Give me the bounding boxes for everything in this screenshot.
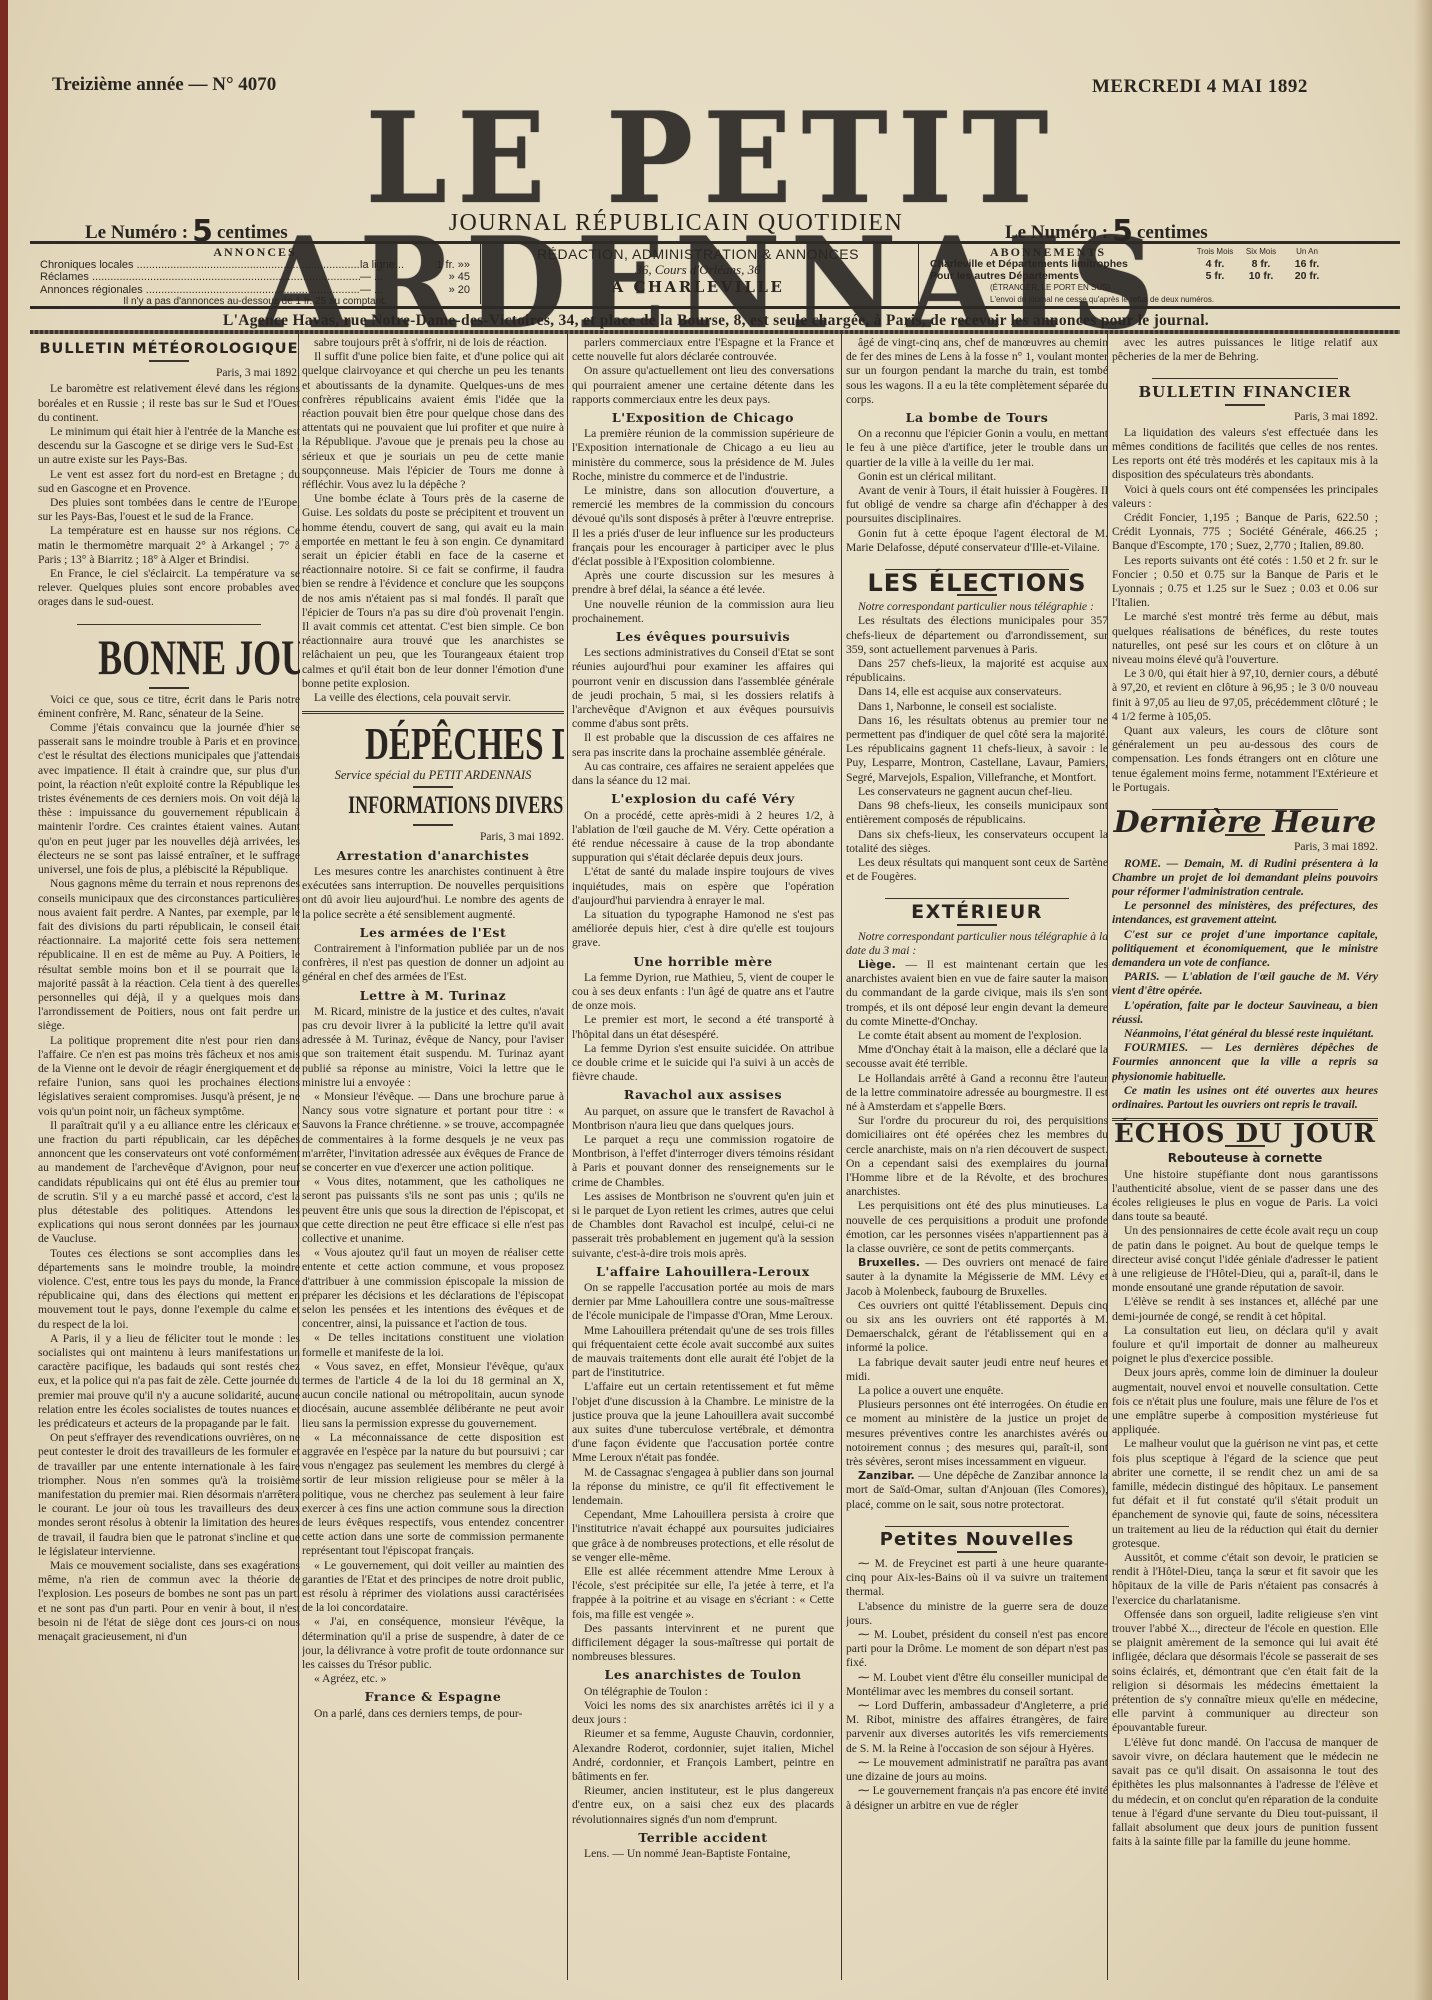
- exterieur-item: La fabrique devait sauter jeudi entre ne…: [846, 1356, 1108, 1384]
- paragraph: Dans 1, Narbonne, le conseil est sociali…: [846, 700, 1108, 714]
- paragraph: Les conservateurs ne gagnent aucun chef-…: [846, 785, 1108, 799]
- paragraph: Dans 14, elle est acquise aux conservate…: [846, 685, 1108, 699]
- exterieur-item: Le comte était absent au moment de l'exp…: [846, 1029, 1108, 1043]
- paragraph: Au cas contraire, ces affaires ne seraie…: [572, 760, 834, 788]
- elections-text: Les résultats des élections municipales …: [846, 614, 1108, 884]
- exterieur-header: EXTÉRIEUR: [846, 890, 1108, 925]
- paragraph: L'élève fut donc mandé. On l'accusa de m…: [1112, 1736, 1378, 1850]
- behring-continued: avec les autres puissances le litige rel…: [1112, 336, 1378, 364]
- col3-articles: L'Exposition de ChicagoLa première réuni…: [572, 411, 834, 1861]
- informations-date: Paris, 3 mai 1892.: [302, 830, 564, 844]
- paragraph: Rieumer, ancien instituteur, est le plus…: [572, 1784, 834, 1827]
- paragraph: ⁓ M. Loubet vient d'être élu conseiller …: [846, 1671, 1108, 1699]
- paragraph: Dans 98 chefs-lieux, les conseils munici…: [846, 799, 1108, 827]
- abonnements-box: ABONNEMENTS Trois MoisSix MoisUn An Char…: [930, 246, 1370, 306]
- paragraph: Mais ce mouvement socialiste, dans ses e…: [38, 1559, 300, 1644]
- abonnement-row: Charleville et Départements limitrophes4…: [930, 258, 1370, 270]
- meteo-header: BULLETIN MÉTÉOROLOGIQUE: [38, 342, 300, 362]
- header-divider: [918, 242, 919, 304]
- meteo-date: Paris, 3 mai 1892.: [38, 366, 300, 380]
- paragraph: Le premier est mort, le second a été tra…: [572, 1013, 834, 1041]
- paragraph: Rieumer et sa femme, Auguste Chauvin, co…: [572, 1727, 834, 1784]
- paragraph: L'affaire eut un certain retentissement …: [572, 1380, 834, 1465]
- paragraph: Dans six chefs-lieux, les conservateurs …: [846, 828, 1108, 856]
- article-heading: L'Exposition de Chicago: [572, 411, 834, 425]
- paragraph: La veille des élections, cela pouvait se…: [302, 691, 564, 705]
- abonnement-column-header: Six Mois: [1238, 246, 1284, 258]
- paragraph: Un des pensionnaires de cette école avai…: [1112, 1224, 1378, 1295]
- paragraph: Voici à quels cours ont été compensées l…: [1112, 483, 1378, 511]
- redaction-box: RÉDACTION, ADMINISTRATION & ANNONCES 36,…: [488, 246, 908, 296]
- financier-header: BULLETIN FINANCIER: [1112, 370, 1378, 405]
- paragraph: La première réunion de la commission sup…: [572, 427, 834, 484]
- header-bottom-rule: [30, 306, 1400, 309]
- paragraph: ⁓ Lord Dufferin, ambassadeur d'Angleterr…: [846, 1699, 1108, 1756]
- annonce-rate-row: Chroniques localesla ligne...1 fr. »»: [40, 259, 470, 272]
- exterieur-item: Les perquisitions ont été des plus minut…: [846, 1199, 1108, 1256]
- exterieur-item: Plusieurs personnes ont été interrogées.…: [846, 1398, 1108, 1469]
- paragraph: Quant aux valeurs, les cours de clôture …: [1112, 724, 1378, 795]
- paragraph: L'absence du ministre de la guerre sera …: [846, 1600, 1108, 1628]
- paragraph: Avant de venir à Tours, il était huissie…: [846, 484, 1108, 527]
- col2-articles: Arrestation d'anarchistesLes mesures con…: [302, 849, 564, 1721]
- paragraph: Il est probable que la discussion de ces…: [572, 731, 834, 759]
- paragraph: « Vous savez, en effet, Monsieur l'évêqu…: [302, 1360, 564, 1431]
- paragraph: Au parquet, on assure que le transfert d…: [572, 1105, 834, 1133]
- paragraph: On a parlé, dans ces derniers temps, de …: [302, 1707, 564, 1721]
- columns-top-band: [30, 330, 1400, 334]
- financier-text: La liquidation des valeurs s'est effectu…: [1112, 426, 1378, 795]
- paragraph: Des pluies sont tombées dans le centre d…: [38, 496, 300, 524]
- paragraph: « Vous ajoutez qu'il faut un moyen de ré…: [302, 1246, 564, 1331]
- paragraph: Une histoire stupéfiante dont nous garan…: [1112, 1168, 1378, 1225]
- depeches-header: DÉPÊCHES DE NUIT Service spécial du PETI…: [302, 720, 564, 826]
- paragraph: PARIS. — L'ablation de l'œil gauche de M…: [1112, 970, 1378, 998]
- paragraph: Le ministre, dans son allocution d'ouver…: [572, 484, 834, 569]
- paragraph: Gonin est un clérical militant.: [846, 470, 1108, 484]
- newspaper-page: Treizième année — N° 4070 MERCREDI 4 MAI…: [0, 0, 1432, 2000]
- paragraph: On peut s'effrayer des revendications ou…: [38, 1431, 300, 1559]
- paragraph: ⁓ Le mouvement administratif ne paraîtra…: [846, 1756, 1108, 1784]
- exterieur-item: Sur l'ordre du procureur du roi, des per…: [846, 1114, 1108, 1199]
- elections-title: LES ÉLECTIONS: [846, 576, 1108, 590]
- paragraph: « De telles incitations constituent une …: [302, 1331, 564, 1359]
- paragraph: ⁓ Le gouvernement français n'a pas encor…: [846, 1784, 1108, 1812]
- paragraph: sabre toujours prêt à s'offrir, ni de lo…: [302, 336, 564, 350]
- paragraph: En France, le ciel s'éclaircit. La tempé…: [38, 567, 300, 610]
- paragraph: M. Ricard, ministre de la justice et des…: [302, 1005, 564, 1090]
- paragraph: Crédit Foncier, 1,195 ; Banque de Paris,…: [1112, 511, 1378, 554]
- meteo-text: Le baromètre est relativement élevé dans…: [38, 382, 300, 609]
- echos-title: ÉCHOS DU JOUR: [1112, 1127, 1378, 1141]
- paragraph: On assure qu'actuellement ont lieu des c…: [572, 364, 834, 407]
- paragraph: Les mesures contre les anarchistes conti…: [302, 865, 564, 922]
- paragraph: La femme Dyrion, rue Mathieu, 5, vient d…: [572, 971, 834, 1014]
- article-heading: L'affaire Lahouillera-Leroux: [572, 1265, 834, 1279]
- exterieur-item: Zanzibar. — Une dépêche de Zanzibar anno…: [846, 1469, 1108, 1512]
- exterieur-title: EXTÉRIEUR: [846, 905, 1108, 919]
- paragraph: Les assises de Montbrison ne s'ouvrent q…: [572, 1190, 834, 1261]
- article-heading: Ravachol aux assises: [572, 1088, 834, 1102]
- article-heading: Lettre à M. Turinaz: [302, 989, 564, 1003]
- redaction-city: A CHARLEVILLE: [488, 278, 908, 296]
- paragraph: L'élève se rendit à ses instances et, al…: [1112, 1295, 1378, 1323]
- article-heading: Les évêques poursuivis: [572, 630, 834, 644]
- exterieur-item: Mme d'Onchay était à la maison, elle a d…: [846, 1043, 1108, 1071]
- column-2: sabre toujours prêt à s'offrir, ni de lo…: [302, 336, 564, 1976]
- paragraph: La température est en hausse sur nos rég…: [38, 524, 300, 567]
- price-unit: centimes: [217, 222, 288, 243]
- paragraph: C'est sur ce projet d'une importance cap…: [1112, 928, 1378, 971]
- paragraph: L'opération, faite par le docteur Sauvin…: [1112, 999, 1378, 1027]
- paragraph: Elle est allée récemment attendre Mme Le…: [572, 1565, 834, 1622]
- paragraph: ⁓ M. Loubet, président du conseil n'est …: [846, 1628, 1108, 1671]
- paragraph: Dans 16, les résultats obtenus au premie…: [846, 714, 1108, 785]
- paragraph: M. de Cassagnac s'engagea à publier dans…: [572, 1466, 834, 1509]
- redaction-address: 36, Cours d'Orléans, 36: [488, 262, 908, 278]
- column-1: BULLETIN MÉTÉOROLOGIQUE Paris, 3 mai 189…: [38, 336, 300, 1976]
- depeches-subtitle: Service spécial du PETIT ARDENNAIS: [302, 768, 564, 782]
- paragraph: ⁓ M. de Freycinet est parti à une heure …: [846, 1557, 1108, 1600]
- article-heading: L'explosion du café Véry: [572, 792, 834, 806]
- article-heading: Terrible accident: [572, 1831, 834, 1845]
- derniere-heure-date: Paris, 3 mai 1892.: [1112, 840, 1378, 854]
- price-label: Le Numéro :: [85, 222, 188, 243]
- elections-header: LES ÉLECTIONS: [846, 561, 1108, 596]
- paragraph: Ce matin les usines ont été ouvertes aux…: [1112, 1084, 1378, 1112]
- abonnements-note: L'envoi du journal ne cesse qu'après le …: [930, 294, 1370, 306]
- issue-date: MERCREDI 4 MAI 1892: [1092, 76, 1308, 98]
- france-espagne-continued: parlers commerciaux entre l'Espagne et l…: [572, 336, 834, 407]
- paragraph: avec les autres puissances le litige rel…: [1112, 336, 1378, 364]
- paragraph: Aussitôt, et comme c'était son devoir, l…: [1112, 1551, 1378, 1608]
- paragraph: Offensée dans son orgueil, ladite religi…: [1112, 1608, 1378, 1736]
- redaction-line: RÉDACTION, ADMINISTRATION & ANNONCES: [488, 246, 908, 262]
- exterieur-text: Liège. — Il est maintenant certain que l…: [846, 958, 1108, 1512]
- annonces-heading: ANNONCES: [40, 246, 470, 259]
- paragraph: Cependant, Mme Lahouillera persista à cr…: [572, 1508, 834, 1565]
- paragraph: Le marché s'est montré très ferme au déb…: [1112, 610, 1378, 667]
- paragraph: La politique proprement dite n'est pour …: [38, 1034, 300, 1119]
- paragraph: La liquidation des valeurs s'est effectu…: [1112, 426, 1378, 483]
- article-heading: Les anarchistes de Toulon: [572, 1668, 834, 1682]
- paragraph: Toutes ces élections se sont accomplies …: [38, 1247, 300, 1332]
- paragraph: La situation du typographe Hamonod ne s'…: [572, 908, 834, 951]
- petites-nouvelles-title: Petites Nouvelles: [846, 1533, 1108, 1547]
- paragraph: On a procédé, cette après-midi à 2 heure…: [572, 809, 834, 866]
- exterieur-item: La police a ouvert une enquête.: [846, 1384, 1108, 1398]
- annonces-box: ANNONCES Chroniques localesla ligne...1 …: [40, 246, 470, 309]
- paragraph: Le parquet a reçu une commission rogatoi…: [572, 1133, 834, 1190]
- elections-subtitle: Notre correspondant particulier nous tél…: [846, 600, 1108, 614]
- bonne-journee-text: Voici ce que, sous ce titre, écrit dans …: [38, 693, 300, 1645]
- column-divider: [567, 330, 568, 1980]
- bombe-tours-heading: La bombe de Tours: [846, 411, 1108, 425]
- paragraph: Les résultats des élections municipales …: [846, 614, 1108, 657]
- header-divider: [480, 242, 481, 304]
- petites-nouvelles-text: ⁓ M. de Freycinet est parti à une heure …: [846, 1557, 1108, 1813]
- paragraph: « Vous dites, notamment, que les catholi…: [302, 1175, 564, 1246]
- depeches-title: DÉPÊCHES DE NUIT: [365, 720, 564, 768]
- article-heading: France & Espagne: [302, 1690, 564, 1704]
- financier-title: BULLETIN FINANCIER: [1112, 385, 1378, 399]
- newspaper-subtitle: JOURNAL RÉPUBLICAIN QUOTIDIEN: [336, 210, 1016, 237]
- page-edge-shadow: [1414, 0, 1432, 2000]
- paragraph: Comme j'étais convaincu que la journée d…: [38, 721, 300, 877]
- paragraph: Le malheur voulut que la guérison ne vin…: [1112, 1437, 1378, 1551]
- annonce-rate-row: Réclames— ...» 45: [40, 271, 470, 284]
- article-heading: Une horrible mère: [572, 955, 834, 969]
- paragraph: Gonin fut à cette époque l'agent élector…: [846, 527, 1108, 555]
- echos-subtitle: Rebouteuse à cornette: [1112, 1151, 1378, 1165]
- exterieur-item: Le Hollandais arrêté à Gand a reconnu êt…: [846, 1072, 1108, 1115]
- abonnements-note: (ÉTRANGER, LE PORT EN SUS): [930, 282, 1370, 294]
- accident-continued: âgé de vingt-cinq ans, chef de manœuvres…: [846, 336, 1108, 407]
- paragraph: Des passants intervinrent et ne purent q…: [572, 1622, 834, 1665]
- paragraph: Néanmoins, l'état général du blessé rest…: [1112, 1027, 1378, 1041]
- derniere-heure-text: ROME. — Demain, M. di Rudini présentera …: [1112, 857, 1378, 1113]
- paragraph: FOURMIES. — Les dernières dépêches de Fo…: [1112, 1041, 1378, 1084]
- exterieur-item: Ces ouvriers ont quitté l'établissement.…: [846, 1299, 1108, 1356]
- echos-header: ÉCHOS DU JOUR: [1112, 1127, 1378, 1147]
- informations-title: INFORMATIONS DIVERSES: [348, 792, 564, 820]
- paragraph: Voici les noms des six anarchistes arrêt…: [572, 1699, 834, 1727]
- paragraph: Deux jours après, comme loin de diminuer…: [1112, 1366, 1378, 1437]
- bombe-tours-text: On a reconnu que l'épicier Gonin a voulu…: [846, 427, 1108, 555]
- column-3: parlers commerciaux entre l'Espagne et l…: [572, 336, 834, 1976]
- paragraph: Lens. — Un nommé Jean-Baptiste Fontaine,: [572, 1847, 834, 1861]
- paragraph: Après une courte discussion sur les mesu…: [572, 569, 834, 597]
- paragraph: Une nouvelle réunion de la commission au…: [572, 598, 834, 626]
- paragraph: parlers commerciaux entre l'Espagne et l…: [572, 336, 834, 364]
- exterieur-subtitle: Notre correspondant particulier nous tél…: [846, 930, 1108, 958]
- paragraph: Contrairement à l'information publiée pa…: [302, 942, 564, 985]
- paragraph: « Le gouvernement, qui doit veiller au m…: [302, 1559, 564, 1616]
- paragraph: Il paraîtrait qu'il y a eu alliance entr…: [38, 1119, 300, 1247]
- bonne-journee-header: BONNE JOURNÉE: [38, 616, 300, 689]
- abonnement-column-header: Un An: [1284, 246, 1330, 258]
- derniere-heure-title: Dernière Heure: [1112, 816, 1378, 830]
- paragraph: « Monsieur l'évêque. — Dans une brochure…: [302, 1090, 564, 1175]
- paragraph: Une bombe éclate à Tours près de la case…: [302, 492, 564, 691]
- annonce-rate-row: Annonces régionales— ...» 20: [40, 284, 470, 297]
- paragraph: Le minimum qui était hier à l'entrée de …: [38, 425, 300, 468]
- masthead-rule: [30, 241, 1400, 244]
- abonnement-column-header: Trois Mois: [1192, 246, 1238, 258]
- paragraph: L'état de santé du malade inspire toujou…: [572, 865, 834, 908]
- paragraph: Les sections administratives du Conseil …: [572, 646, 834, 731]
- paragraph: La femme Dyrion s'est ensuite suicidée. …: [572, 1042, 834, 1085]
- price-label: Le Numéro :: [1005, 222, 1108, 243]
- havas-notice: L'Agence Havas, rue Notre-Dame-des-Victo…: [36, 312, 1396, 330]
- paragraph: âgé de vingt-cinq ans, chef de manœuvres…: [846, 336, 1108, 407]
- issue-number: Treizième année — N° 4070: [52, 74, 276, 96]
- paragraph: Il suffit d'une police bien faite, et d'…: [302, 350, 564, 492]
- meteo-title: BULLETIN MÉTÉOROLOGIQUE: [38, 342, 300, 356]
- paragraph: Le 3 0/0, qui était hier à 97,10, dernie…: [1112, 667, 1378, 724]
- paragraph: Le baromètre est relativement élevé dans…: [38, 382, 300, 425]
- derniere-heure-header: Dernière Heure: [1112, 801, 1378, 836]
- bonne-journee-continued: sabre toujours prêt à s'offrir, ni de lo…: [302, 336, 564, 705]
- paragraph: Mme Lahouillera prétendait qu'une de ses…: [572, 1324, 834, 1381]
- column-4: âgé de vingt-cinq ans, chef de manœuvres…: [846, 336, 1108, 1976]
- abonnement-row: Pour les autres Départements5 fr.10 fr.2…: [930, 270, 1370, 282]
- paragraph: On se rappelle l'accusation portée au mo…: [572, 1281, 834, 1324]
- paragraph: « La méconnaissance de cette disposition…: [302, 1431, 564, 1559]
- price-unit: centimes: [1137, 222, 1208, 243]
- paragraph: Nous gagnons même du terrain et nous rep…: [38, 877, 300, 1033]
- paragraph: On a reconnu que l'épicier Gonin a voulu…: [846, 427, 1108, 470]
- paragraph: « J'ai, en conséquence, monsieur l'évêqu…: [302, 1615, 564, 1672]
- column-5: avec les autres puissances le litige rel…: [1112, 336, 1378, 1976]
- petites-nouvelles-header: Petites Nouvelles: [846, 1518, 1108, 1553]
- binding-edge: [0, 0, 8, 2000]
- paragraph: Voici ce que, sous ce titre, écrit dans …: [38, 693, 300, 721]
- financier-date: Paris, 3 mai 1892.: [1112, 410, 1378, 424]
- paragraph: Les reports suivants ont été cotés : 1.5…: [1112, 554, 1378, 611]
- paragraph: « Agréez, etc. »: [302, 1672, 564, 1686]
- paragraph: On télégraphie de Toulon :: [572, 1685, 834, 1699]
- paragraph: A Paris, il y a lieu de féliciter tout l…: [38, 1332, 300, 1431]
- paragraph: Le personnel des ministères, des préfect…: [1112, 899, 1378, 927]
- article-heading: Arrestation d'anarchistes: [302, 849, 564, 863]
- column-divider: [841, 330, 842, 1980]
- exterieur-item: Liège. — Il est maintenant certain que l…: [846, 958, 1108, 1029]
- exterieur-item: Bruxelles. — Des ouvriers ont menacé de …: [846, 1256, 1108, 1299]
- paragraph: Le vent est assez fort du nord-est en Br…: [38, 468, 300, 496]
- article-heading: Les armées de l'Est: [302, 926, 564, 940]
- paragraph: Les deux résultats qui manquent sont ceu…: [846, 856, 1108, 884]
- bonne-journee-title: BONNE JOURNÉE: [98, 631, 300, 683]
- echos-text: Une histoire stupéfiante dont nous garan…: [1112, 1168, 1378, 1850]
- paragraph: La consultation eut lieu, on déclara qu'…: [1112, 1324, 1378, 1367]
- paragraph: Dans 257 chefs-lieux, la majorité est ac…: [846, 657, 1108, 685]
- paragraph: ROME. — Demain, M. di Rudini présentera …: [1112, 857, 1378, 900]
